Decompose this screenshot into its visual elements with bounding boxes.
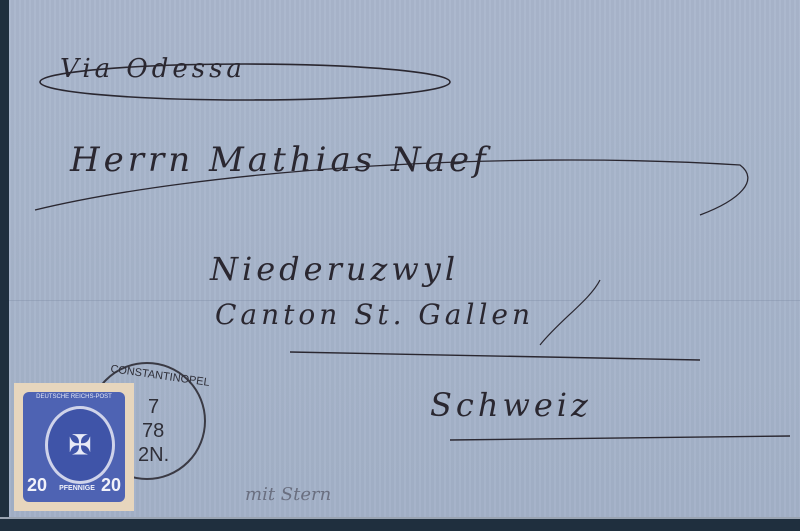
- routing-instruction: Via Odessa: [60, 54, 246, 84]
- stamp-top-text: DEUTSCHE REICHS-POST: [23, 394, 125, 400]
- postmark-time: 2N.: [138, 444, 169, 467]
- recipient-name: Herrn Mathias Naef: [70, 140, 490, 180]
- stamp-denomination-left: 20: [27, 475, 47, 496]
- postmark-day: 7: [148, 396, 159, 419]
- recipient-town: Niederuzwyl: [210, 250, 459, 288]
- recipient-country: Schweiz: [430, 386, 592, 424]
- stamp-currency: PFENNIGE: [51, 485, 103, 492]
- postage-stamp: DEUTSCHE REICHS-POST ✠ 20 PFENNIGE 20: [14, 383, 134, 511]
- stamp-denomination-right: 20: [101, 475, 121, 496]
- stamp-design: DEUTSCHE REICHS-POST ✠ 20 PFENNIGE 20: [23, 392, 125, 502]
- eagle-icon: ✠: [68, 429, 91, 462]
- stamp-oval: ✠: [45, 406, 115, 484]
- mount-edge: [0, 517, 800, 519]
- postmark-year: 78: [142, 420, 164, 443]
- recipient-canton: Canton St. Gallen: [215, 298, 534, 331]
- pencil-note: mit Stern: [245, 484, 331, 505]
